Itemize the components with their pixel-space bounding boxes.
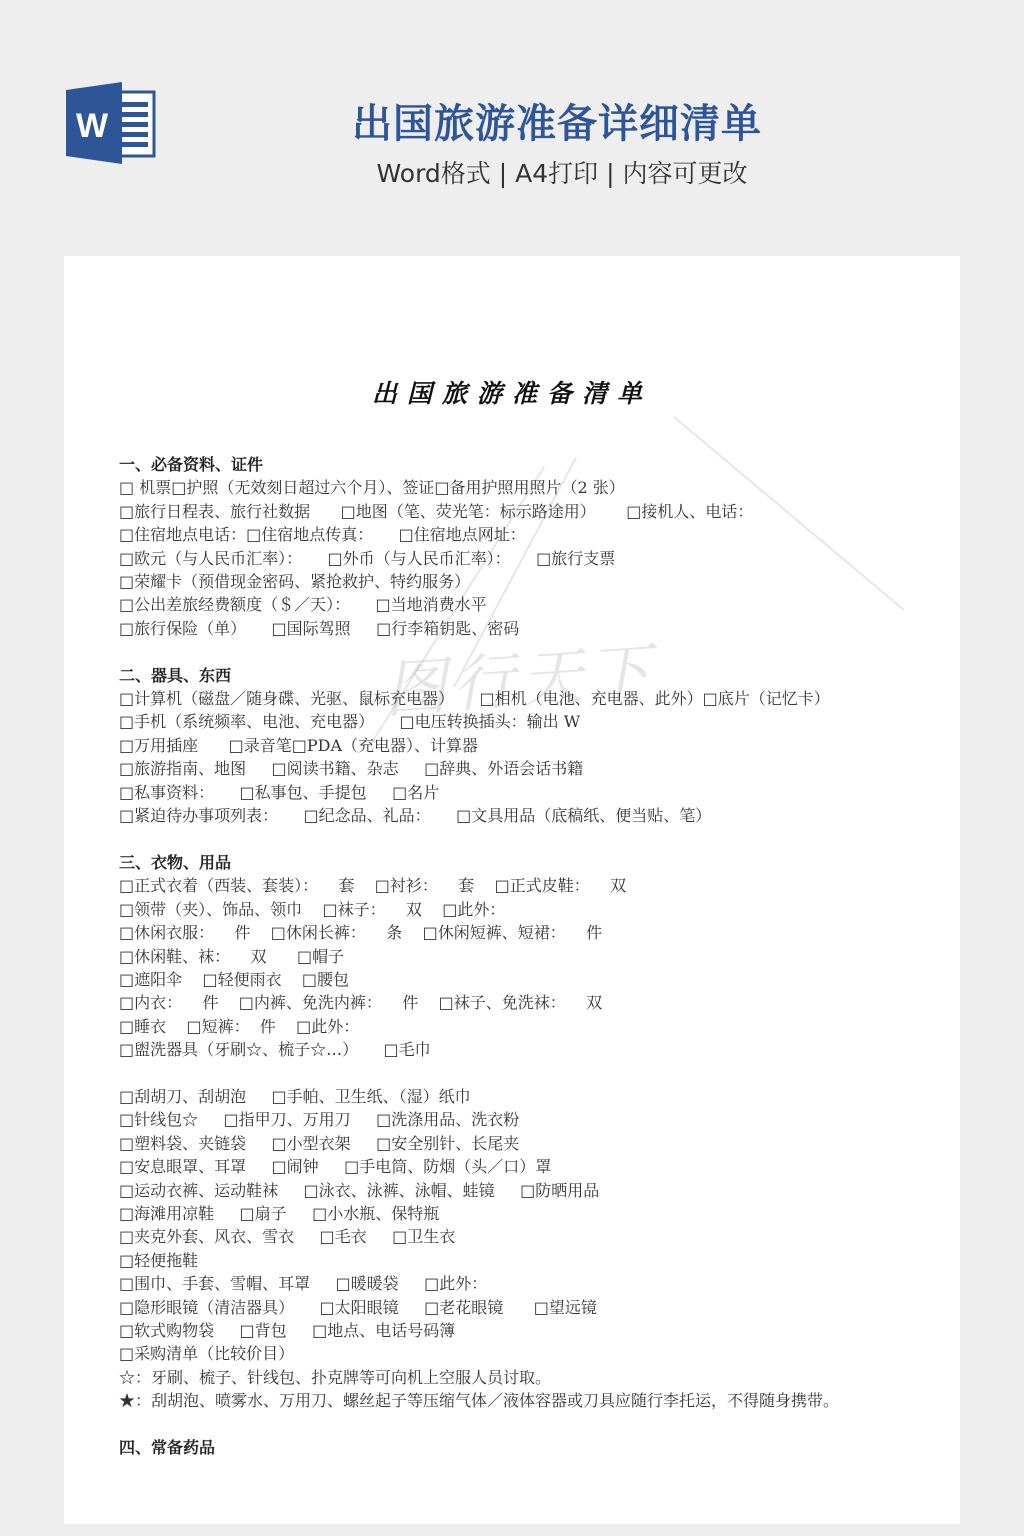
checklist-line: □旅游指南、地图 □阅读书籍、杂志 □辞典、外语会话书籍 (119, 757, 939, 780)
checklist-line: □刮胡刀、刮胡泡 □手帕、卫生纸、（湿）纸巾 (119, 1085, 939, 1108)
section-title: 一、必备资料、证件 (119, 453, 939, 476)
checklist-line: □私事资料： □私事包、手提包 □名片 (119, 781, 939, 804)
checklist-line: □住宿地点电话：□住宿地点传真： □住宿地点网址： (119, 523, 939, 546)
checklist-line: □欧元（与人民币汇率）： □外币（与人民币汇率）： □旅行支票 (119, 547, 939, 570)
document-title: 出国旅游准备清单 (64, 374, 960, 410)
checklist-line: □软式购物袋 □背包 □地点、电话号码簿 (119, 1319, 939, 1342)
checklist-line: □万用插座 □录音笔□PDA（充电器）、计算器 (119, 734, 939, 757)
spacer (119, 640, 939, 663)
checklist-line: □运动衣裤、运动鞋袜 □泳衣、泳裤、泳帽、蛙镜 □防晒用品 (119, 1179, 939, 1202)
banner-header: W 出国旅游准备详细清单 Word格式 | A4打印 | 内容可更改 (0, 0, 1024, 256)
spacer (119, 1413, 939, 1436)
section-title: 三、衣物、用品 (119, 851, 939, 874)
document-page: 图行天下 出国旅游准备清单 一、必备资料、证件 □ 机票□护照（无效刻日超过六个… (64, 256, 960, 1524)
section-title: 四、常备药品 (119, 1436, 939, 1459)
checklist-line: □围巾、手套、雪帽、耳罩 □暖暖袋 □此外： (119, 1272, 939, 1295)
checklist-line: □公出差旅经费额度（＄／天）： □当地消费水平 (119, 593, 939, 616)
checklist-line: □盥洗器具（牙刷☆、梳子☆…） □毛巾 (119, 1038, 939, 1061)
spacer (119, 827, 939, 850)
checklist-line: □塑料袋、夹链袋 □小型衣架 □安全别针、长尾夹 (119, 1132, 939, 1155)
checklist-line: □内衣： 件 □内裤、免洗内裤： 件 □袜子、免洗袜： 双 (119, 991, 939, 1014)
checklist-line: □ 机票□护照（无效刻日超过六个月）、签证□备用护照用照片（2 张） (119, 476, 939, 499)
checklist-line: □针线包☆ □指甲刀、万用刀 □洗涤用品、洗衣粉 (119, 1108, 939, 1131)
checklist-line: □海滩用凉鞋 □扇子 □小水瓶、保特瓶 (119, 1202, 939, 1225)
checklist-line: □隐形眼镜（清洁器具） □太阳眼镜 □老花眼镜 □望远镜 (119, 1296, 939, 1319)
section-title: 二、器具、东西 (119, 664, 939, 687)
checklist-line: □睡衣 □短裤： 件 □此外： (119, 1015, 939, 1038)
checklist-line: □休闲衣服： 件 □休闲长裤： 条 □休闲短裤、短裙： 件 (119, 921, 939, 944)
spacer (119, 1062, 939, 1085)
checklist-line: □旅行日程表、旅行社数据 □地图（笔、荧光笔：标示路途用） □接机人、电话： (119, 500, 939, 523)
banner-title: 出国旅游准备详细清单 (0, 92, 1024, 149)
checklist-line: □正式衣着（西装、套装）： 套 □衬衫： 套 □正式皮鞋： 双 (119, 874, 939, 897)
checklist-line: □休闲鞋、袜： 双 □帽子 (119, 945, 939, 968)
checklist-line: □轻便拖鞋 (119, 1249, 939, 1272)
document-body: 一、必备资料、证件 □ 机票□护照（无效刻日超过六个月）、签证□备用护照用照片（… (119, 453, 939, 1459)
footnote-star-filled: ★：刮胡泡、喷雾水、万用刀、螺丝起子等压缩气体／液体容器或刀具应随行李托运，不得… (119, 1389, 939, 1412)
checklist-line: □计算机（磁盘／随身碟、光驱、鼠标充电器） □相机（电池、充电器、此外）□底片（… (119, 687, 939, 710)
checklist-line: □夹克外套、风衣、雪衣 □毛衣 □卫生衣 (119, 1225, 939, 1248)
checklist-line: □领带（夹）、饰品、领巾 □袜子： 双 □此外： (119, 898, 939, 921)
banner-subtitle: Word格式 | A4打印 | 内容可更改 (0, 154, 1024, 190)
footnote-star-outline: ☆：牙刷、梳子、针线包、扑克牌等可向机上空服人员讨取。 (119, 1366, 939, 1389)
checklist-line: □采购清单（比较价目） (119, 1342, 939, 1365)
checklist-line: □荣耀卡（预借现金密码、紧抢救护、特约服务） (119, 570, 939, 593)
checklist-line: □旅行保险（单） □国际驾照 □行李箱钥匙、密码 (119, 617, 939, 640)
checklist-line: □手机（系统频率、电池、充电器） □电压转换插头：输出 W (119, 710, 939, 733)
checklist-line: □遮阳伞 □轻便雨衣 □腰包 (119, 968, 939, 991)
checklist-line: □安息眼罩、耳罩 □闹钟 □手电筒、防烟（头／口）罩 (119, 1155, 939, 1178)
checklist-line: □紧迫待办事项列表： □纪念品、礼品： □文具用品（底稿纸、便当贴、笔） (119, 804, 939, 827)
